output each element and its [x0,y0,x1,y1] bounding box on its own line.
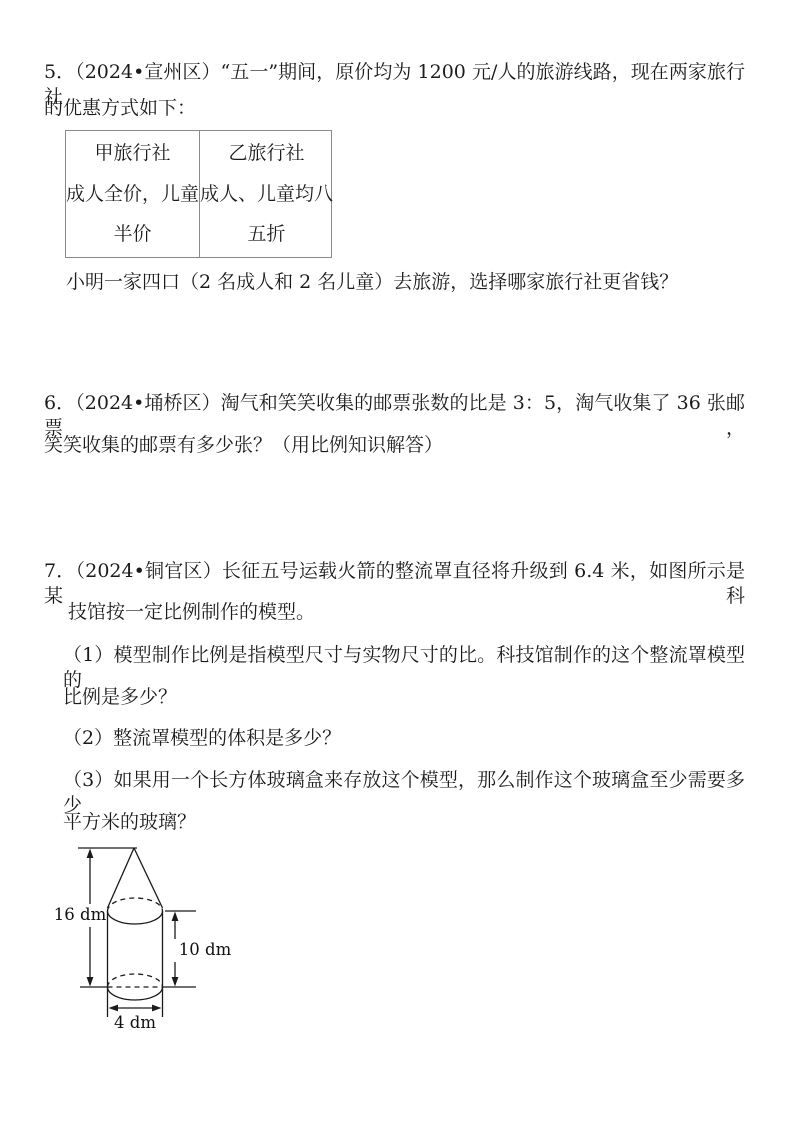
cylinder-bottom-dashed-arc [108,974,163,987]
worksheet-page: 5．（2024•宣州区）“五一”期间，原价均为 1200 元/人的旅游线路，现在… [0,0,793,1122]
figure-lines [78,848,196,1017]
total-height-label: 16 dm [54,905,107,924]
arrow-right-diameter [152,1005,162,1012]
table-a-header: 甲旅行社 [94,142,170,165]
question-7-sub1-line-2: 比例是多少？ [63,685,177,710]
question-7-sub3-line-2: 平方米的玻璃？ [63,810,196,835]
cylinder-height-label: 10 dm [179,940,232,959]
cone-base-dashed-arc [108,898,163,911]
arrow-down-cylinder [172,977,179,987]
arrow-up-total [87,849,94,859]
table-b-header: 乙旅行社 [229,142,305,165]
cone [108,848,163,911]
cylinder-bottom-arc [108,987,163,1000]
question-6-line-2: 笑笑收集的邮票有多少张？（用比例知识解答） [44,433,443,458]
arrow-up-cylinder [172,912,179,922]
cylinder-top-arc [108,911,163,924]
rocket-model-figure: 16 dm 10 dm 4 dm [50,838,250,1038]
table-a-line3: 半价 [113,223,151,246]
question-5-line-2: 的优惠方式如下： [44,96,196,121]
arrow-down-total [87,977,94,987]
table-b-line2: 成人、儿童均八 [200,183,333,206]
table-a-line2: 成人全价，儿童 [66,183,199,206]
discount-table-column-a: 甲旅行社 成人全价，儿童 半价 [66,131,200,257]
question-7-sub2-line: （2）整流罩模型的体积是多少？ [63,726,341,751]
arrow-left-diameter [109,1005,119,1012]
table-b-line3: 五折 [248,223,286,246]
question-7-line-2: 技馆按一定比例制作的模型。 [68,600,315,625]
question-5-line-3: 小明一家四口（2 名成人和 2 名儿童）去旅游，选择哪家旅行社更省钱？ [66,270,678,295]
cylinder [108,911,163,1017]
discount-table-column-b: 乙旅行社 成人、儿童均八 五折 [200,131,333,257]
diameter-label: 4 dm [114,1013,156,1032]
discount-table: 甲旅行社 成人全价，儿童 半价 乙旅行社 成人、儿童均八 五折 [65,130,332,258]
